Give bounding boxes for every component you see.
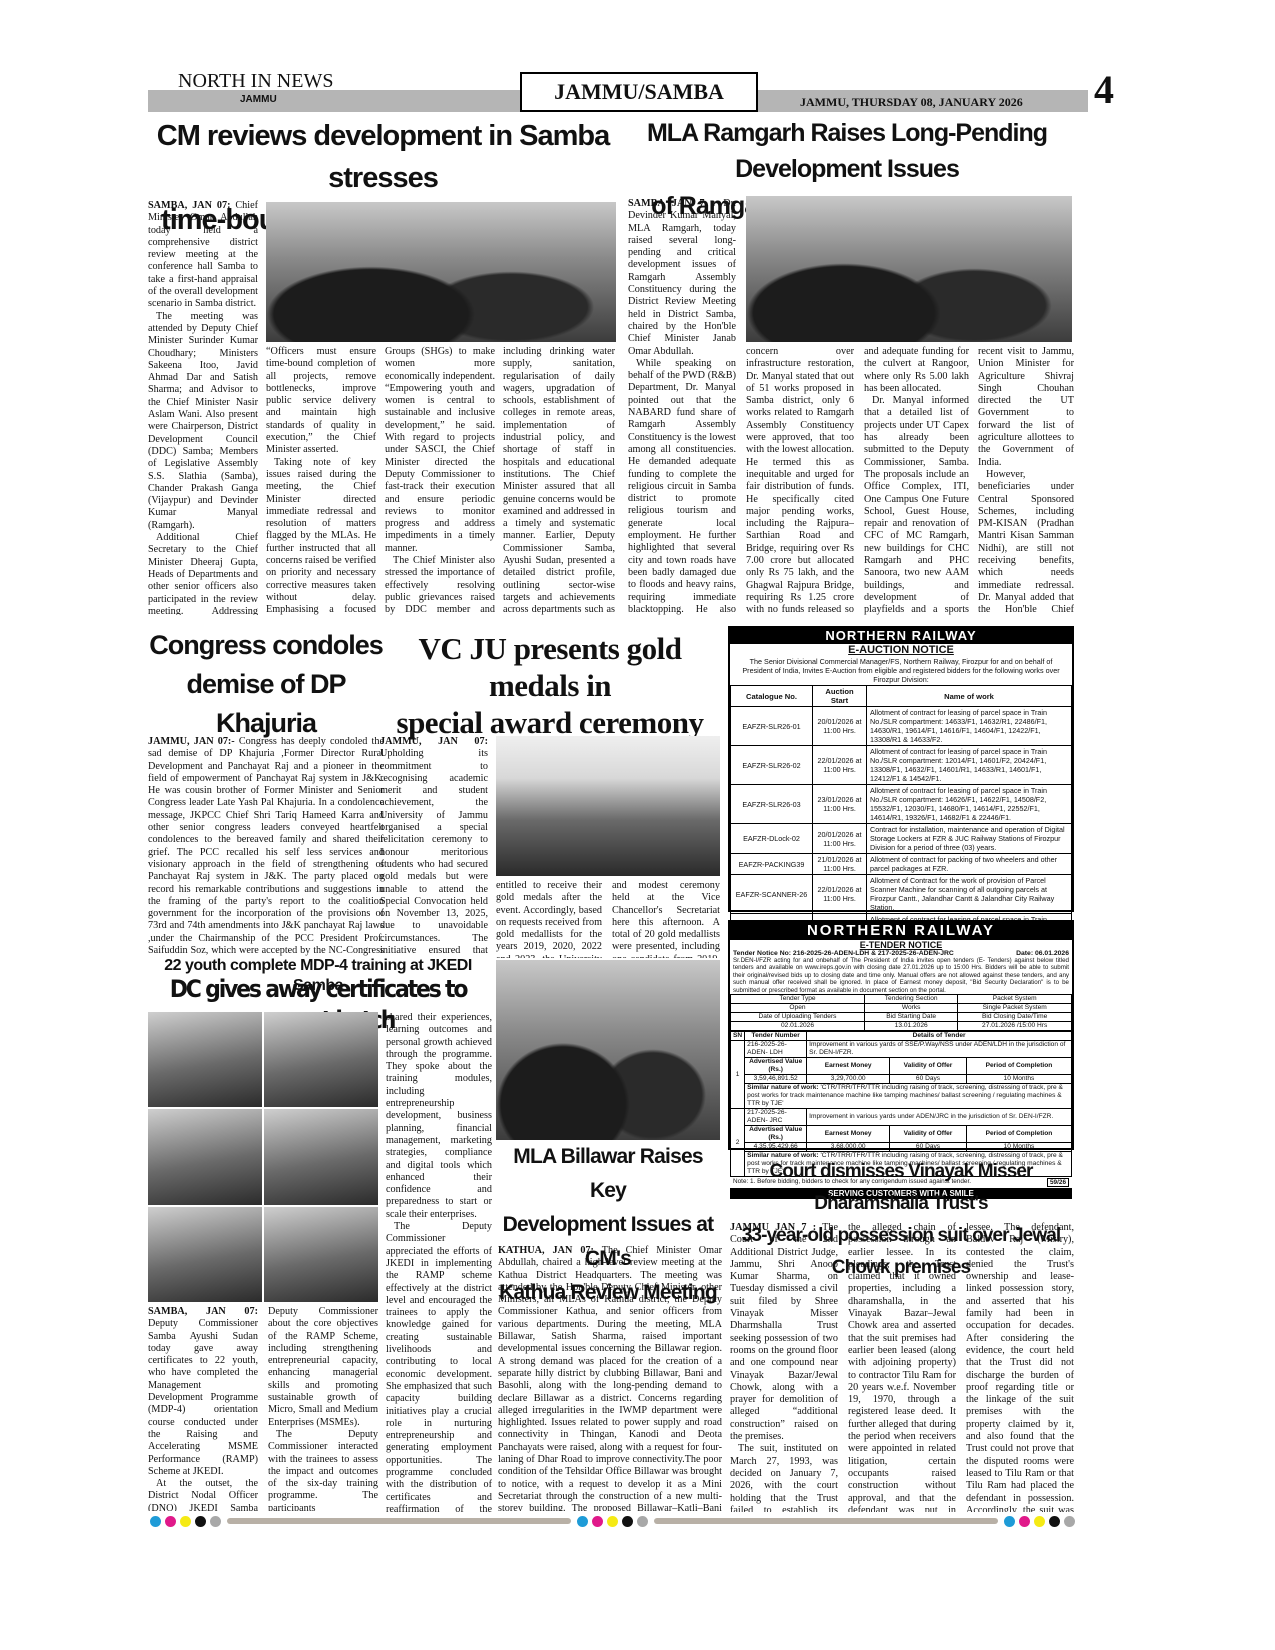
cell: 27.01.2026 /15:00 Hrs [958, 1022, 1072, 1031]
cell: 20/01/2026 at 11:00 Hrs. [813, 824, 867, 854]
cell: 10 Months [966, 1075, 1071, 1084]
column-header: Validity of Offer [890, 1058, 967, 1075]
photo-cm-meeting [266, 202, 616, 342]
headline-line: CM reviews development in Samba stresses [148, 115, 618, 199]
cell: 22/01/2026 at 11:00 Hrs. [813, 875, 867, 914]
yellow-dot [1034, 1516, 1045, 1527]
ad-etender: NORTHERN RAILWAY E-TENDER NOTICE Tender … [728, 920, 1074, 1150]
column-header: Validity of Offer [890, 1126, 967, 1143]
cell: Tendering Section [865, 995, 958, 1004]
paragraph: The meeting was attended by Deputy Chief… [148, 311, 258, 532]
column-header: Period of Completion [966, 1058, 1071, 1075]
cell: 217-2025-26-ADEN- JRC [745, 1109, 807, 1126]
column-header: Advertised Value (Rs.) [745, 1126, 807, 1143]
ad-org: NORTHERN RAILWAY [730, 628, 1072, 644]
headline-line: MLA Billawar Raises Key [496, 1140, 720, 1208]
paragraph: shared their experiences, learning outco… [386, 1012, 492, 1221]
magenta-dot [592, 1516, 603, 1527]
article-dateline: SAMBA JAN 7 : [628, 198, 716, 209]
ad-eauction: NORTHERN RAILWAY E-AUCTION NOTICE The Se… [728, 626, 1074, 912]
paragraph: Dr. Manyal informed that a detailed list… [864, 395, 969, 616]
table-row: EAFZR-SLR26-0120/01/2026 at 11:00 Hrs.Al… [731, 707, 1072, 746]
ad-title: E-AUCTION NOTICE [730, 644, 1072, 656]
article-jkedi-col2: Deputy Commissioner about the core objec… [268, 1306, 378, 1511]
column-header: Tender Number [745, 1032, 807, 1041]
paper-name: NORTH IN NEWS [178, 70, 333, 93]
divider-bar [227, 1518, 571, 1524]
article-cm-col1: SAMBA, JAN 07: Chief Minister Omar Abdul… [148, 200, 258, 615]
paragraph: including drinking water supply, sanitat… [503, 346, 615, 616]
cell: Works [865, 1004, 958, 1013]
auction-table: Catalogue No. Auction Start Name of work… [730, 685, 1072, 944]
photo [148, 1012, 262, 1107]
paragraph: the alleged chain of possession through … [848, 1222, 956, 1512]
photo-kathua-meeting [496, 960, 720, 1140]
paragraph: The Court of the 2nd Additional District… [730, 1222, 838, 1442]
headline-line: Court dismisses Vinayak Misser Dharamsha… [728, 1156, 1074, 1220]
cell: 60 Days [890, 1075, 967, 1084]
gray-dot [637, 1516, 648, 1527]
headline-line: demise of DP Khajuria [148, 665, 384, 743]
paragraph: Taking note of key issues raised during … [266, 457, 376, 616]
table-row: 1216-2025-26-ADEN- LDHImprovement in var… [731, 1041, 1072, 1058]
table-row: EAFZR-PACKING3921/01/2026 at 11:00 Hrs.A… [731, 854, 1072, 875]
section-title: JAMMU/SAMBA [520, 72, 758, 112]
paragraph: Chief Minister Omar Abdullah today held … [148, 200, 258, 309]
article-dateline: SAMBA, JAN 07: [148, 1306, 258, 1317]
headline-congress: Congress condoles demise of DP Khajuria [148, 626, 384, 743]
article-dateline: KATHUA, JAN 07: [498, 1245, 594, 1256]
column-header: Earnest Money [807, 1126, 890, 1143]
color-registration-marks [150, 1516, 221, 1527]
cell: 20/01/2026 at 11:00 Hrs. [813, 707, 867, 746]
article-dateline: SAMBA, JAN 07: [148, 200, 230, 211]
paragraph: The Chief Minister also stressed the imp… [385, 555, 495, 616]
color-registration-marks [1004, 1516, 1075, 1527]
headline-line: Congress condoles [148, 626, 384, 665]
column-header: Earnest Money [807, 1058, 890, 1075]
table-row: EAFZR-SCANNER-2622/01/2026 at 11:00 Hrs.… [731, 875, 1072, 914]
column-header: Catalogue No. [731, 686, 813, 707]
article-ramgarh-col4: recent visit to Jammu, Union Minister fo… [978, 346, 1074, 616]
article-dateline: JAMMU, JAN 07: [380, 736, 488, 747]
paragraph: At the outset, the District Nodal Office… [148, 1478, 258, 1511]
paragraph: entitled to receive their gold medals af… [496, 880, 602, 958]
column-header: SN [731, 1032, 745, 1041]
photo [264, 1109, 378, 1204]
magenta-dot [1019, 1516, 1030, 1527]
article-jkedi-col3: shared their experiences, learning outco… [386, 1012, 492, 1512]
black-dot [622, 1516, 633, 1527]
article-cm-col3: Groups (SHGs) to make women more economi… [385, 346, 495, 616]
article-vcju-col2: entitled to receive their gold medals af… [496, 880, 602, 958]
cell: 1 [731, 1041, 745, 1109]
cell: EAFZR-SCANNER-26 [731, 875, 813, 914]
cell: EAFZR-DLock-02 [731, 824, 813, 854]
ad-org: NORTHERN RAILWAY [730, 922, 1072, 940]
paragraph: Deputy Commissioner about the core objec… [268, 1306, 378, 1429]
gray-dot [210, 1516, 221, 1527]
paragraph: Deputy Commissioner Samba Ayushi Sudan t… [148, 1318, 258, 1477]
cell: Bid Starting Date [865, 1013, 958, 1022]
cell: EAFZR-SLR26-03 [731, 785, 813, 824]
cell: Allotment of contract for leasing of par… [867, 707, 1072, 746]
paragraph: Groups (SHGs) to make women more economi… [385, 346, 495, 555]
article-ramgarh-col3: and adequate funding for the culvert at … [864, 346, 969, 616]
article-vcju-col1: JAMMU, JAN 07: Upholding its commitment … [380, 736, 488, 958]
photo [148, 1207, 262, 1302]
cyan-dot [1004, 1516, 1015, 1527]
article-court-col3: lessee. The defendant, Baldev Raj (Mistr… [966, 1222, 1074, 1512]
table-row: 2217-2025-26-ADEN- JRCImprovement in var… [731, 1109, 1072, 1126]
cell: 4,35,95,429.66 [745, 1143, 807, 1152]
paragraph: The Chief Minister Omar Abdullah, chaire… [498, 1245, 722, 1511]
article-court-col1: JAMMU JAN 7 : The Court of the 2nd Addit… [730, 1222, 838, 1512]
cell: 02.01.2026 [731, 1022, 865, 1031]
cell: Open [731, 1004, 865, 1013]
cell: Allotment of Contract for the work of pr… [867, 875, 1072, 914]
dateline: JAMMU, THURSDAY 08, JANUARY 2026 [800, 95, 1023, 110]
column-header: Details of Tender [807, 1032, 1072, 1041]
cell: 23/01/2026 at 11:00 Hrs. [813, 785, 867, 824]
paragraph: While speaking on behalf of the PWD (R&B… [628, 358, 736, 616]
cell: 22/01/2026 at 11:00 Hrs. [813, 746, 867, 785]
article-court-col2: the alleged chain of possession through … [848, 1222, 956, 1512]
tender-date: Date: 06.01.2026 [1016, 950, 1069, 957]
headline-vc-ju: VC JU presents gold medals in special aw… [380, 630, 720, 742]
cell: 10 Months [966, 1143, 1071, 1152]
cyan-dot [150, 1516, 161, 1527]
paragraph: However, beneficiaries under Central Spo… [978, 469, 1074, 616]
article-congress: JAMMU, JAN 07:- Congress has deeply cond… [148, 736, 384, 958]
paragraph: “Officers must ensure time-bound complet… [266, 346, 376, 457]
cell: EAFZR-PACKING39 [731, 854, 813, 875]
paragraph: Upholding its commitment to recognising … [380, 748, 488, 958]
ad-intro: Sr.DEN-I/FZR acting for and onbehalf of … [730, 957, 1072, 994]
cell: Tender Type [731, 995, 865, 1004]
article-cm-col2: “Officers must ensure time-bound complet… [266, 346, 376, 616]
tender-summary-table: Tender TypeTendering SectionPacket Syste… [730, 994, 1072, 1031]
ad-intro: The Senior Divisional Commercial Manager… [730, 656, 1072, 685]
cell: 3,59,46,891.52 [745, 1075, 807, 1084]
color-registration-marks [577, 1516, 648, 1527]
paragraph: The Deputy Commissioner interacted with … [268, 1429, 378, 1511]
article-dateline: JAMMU, JAN 07:- [148, 736, 235, 747]
paragraph: and modest ceremony held at the Vice Cha… [612, 880, 720, 958]
black-dot [1049, 1516, 1060, 1527]
tender-notice-header: Tender Notice No: 216-2025-26-ADEN-LDH &… [730, 950, 1072, 957]
cell: Allotment of contract for packing of two… [867, 854, 1072, 875]
column-header: Advertised Value (Rs.) [745, 1058, 807, 1075]
paragraph: lessee. The defendant, Baldev Raj (Mistr… [966, 1222, 1074, 1512]
cell: Date of Uploading Tenders [731, 1013, 865, 1022]
table-row: EAFZR-SLR26-0222/01/2026 at 11:00 Hrs.Al… [731, 746, 1072, 785]
article-vcju-col3: and modest ceremony held at the Vice Cha… [612, 880, 720, 958]
tender-notice-no: Tender Notice No: 216-2025-26-ADEN-LDH &… [733, 950, 954, 957]
ad-title: E-TENDER NOTICE [730, 940, 1072, 950]
divider-bar [654, 1518, 998, 1524]
registration-strip [150, 1514, 1075, 1528]
table-row: EAFZR-DLock-0220/01/2026 at 11:00 Hrs.Co… [731, 824, 1072, 854]
paragraph: Dr. Devinder Kumar Manyal, MLA Ramgarh, … [628, 198, 736, 357]
cell: EAFZR-SLR26-02 [731, 746, 813, 785]
cell: 216-2025-26-ADEN- LDH [745, 1041, 807, 1058]
cell: 3,68,000.00 [807, 1143, 890, 1152]
yellow-dot [607, 1516, 618, 1527]
magenta-dot [165, 1516, 176, 1527]
table-row: EAFZR-SLR26-0323/01/2026 at 11:00 Hrs.Al… [731, 785, 1072, 824]
headline-line: VC JU presents gold medals in [380, 630, 720, 704]
cell: Contract for installation, maintenance a… [867, 824, 1072, 854]
cell: Allotment of contract for leasing of par… [867, 746, 1072, 785]
photo-collage-certificates [148, 1012, 378, 1302]
photo [264, 1012, 378, 1107]
paragraph: Additional Chief Secretary to the Chief … [148, 532, 258, 615]
column-header: Name of work [867, 686, 1072, 707]
black-dot [195, 1516, 206, 1527]
photo-ramgarh-meeting [746, 196, 1072, 342]
paragraph: concern over infrastructure restoration,… [746, 346, 854, 616]
cell: Improvement in various yards under ADEN/… [807, 1109, 1072, 1126]
cell: Improvement in various yards of SSE/P.Wa… [807, 1041, 1072, 1058]
article-ramgarh-col2: concern over infrastructure restoration,… [746, 346, 854, 616]
label: Similar nature of work: [747, 1084, 818, 1091]
cell: EAFZR-SLR26-01 [731, 707, 813, 746]
cell: 60 Days [890, 1143, 967, 1152]
article-ramgarh-col1: SAMBA JAN 7 : Dr. Devinder Kumar Manyal,… [628, 198, 736, 616]
cell: 21/01/2026 at 11:00 Hrs. [813, 854, 867, 875]
cyan-dot [577, 1516, 588, 1527]
paragraph: Congress has deeply condoled the sad dem… [148, 736, 384, 958]
cell: Single Packet System [958, 1004, 1072, 1013]
article-dateline: JAMMU JAN 7 : [730, 1222, 816, 1233]
page-number: 4 [1088, 68, 1120, 112]
edition-label: JAMMU [240, 94, 277, 105]
photo [264, 1207, 378, 1302]
cell: Allotment of contract for leasing of par… [867, 785, 1072, 824]
article-cm-col4: including drinking water supply, sanitat… [503, 346, 615, 616]
paragraph: and adequate funding for the culvert at … [864, 346, 969, 395]
paragraph: recent visit to Jammu, Union Minister fo… [978, 346, 1074, 469]
cell: Packet System [958, 995, 1072, 1004]
photo-gold-medal-ceremony [496, 736, 720, 876]
cell: 3,29,700.00 [807, 1075, 890, 1084]
photo [148, 1109, 262, 1204]
cell: Bid Closing Date/Time [958, 1013, 1072, 1022]
cell: 13.01.2026 [865, 1022, 958, 1031]
table-row: 4,35,95,429.663,68,000.0060 Days10 Month… [731, 1143, 1072, 1152]
gray-dot [1064, 1516, 1075, 1527]
column-header: Period of Completion [966, 1126, 1071, 1143]
table-row: 3,59,46,891.523,29,700.0060 Days10 Month… [731, 1075, 1072, 1084]
paragraph: The Deputy Commissioner appreciated the … [386, 1221, 492, 1512]
article-billawar: KATHUA, JAN 07: The Chief Minister Omar … [498, 1245, 722, 1511]
headline-line: MLA Ramgarh Raises Long-Pending Developm… [622, 115, 1072, 188]
column-header: Auction Start [813, 686, 867, 707]
yellow-dot [180, 1516, 191, 1527]
article-jkedi-col1: SAMBA, JAN 07: Deputy Commissioner Samba… [148, 1306, 258, 1511]
paragraph: The suit, instituted on March 27, 1993, … [730, 1443, 838, 1512]
